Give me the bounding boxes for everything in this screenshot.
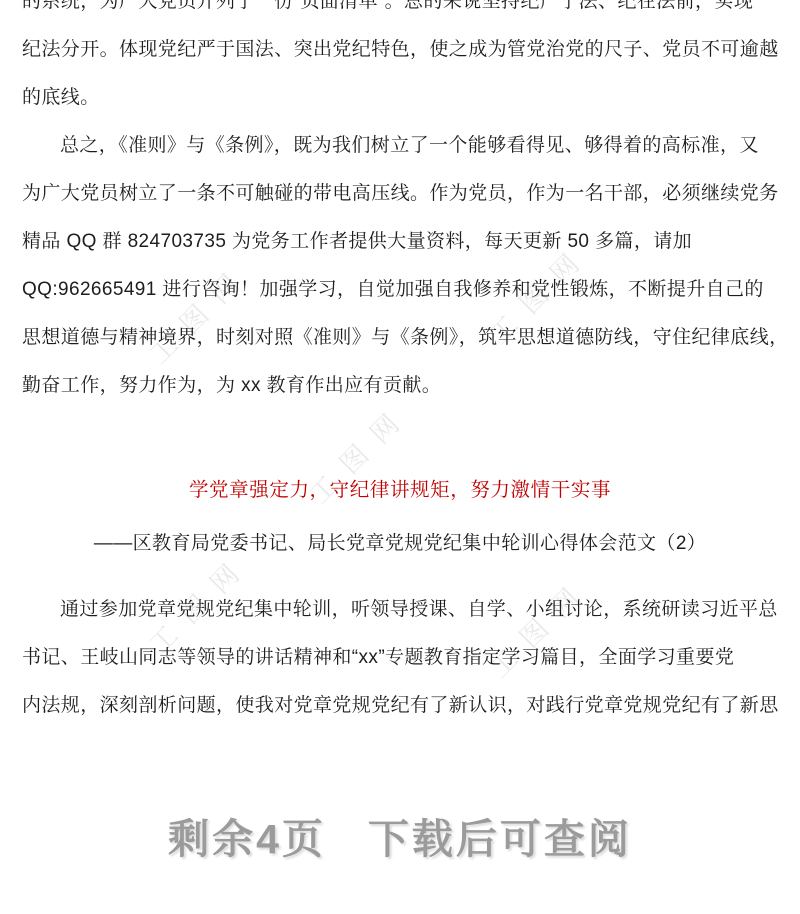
doc-line: 思想道德与精神境界，时刻对照《准则》与《条例》，筑牢思想道德防线，守住纪律底线，: [22, 314, 778, 362]
doc-line: 通过参加党章党规党纪集中轮训，听领导授课、自学、小组讨论，系统研读习近平总: [22, 586, 778, 634]
doc-line: 内法规，深刻剖析问题，使我对党章党规党纪有了新认识，对践行党章党规党纪有了新思: [22, 682, 778, 730]
doc-line: 勤奋工作，努力作为，为 xx 教育作出应有贡献。: [22, 362, 778, 410]
doc-line: QQ:962665491 进行咨询！加强学习，自觉加强自我修养和党性锻炼，不断提…: [22, 266, 778, 314]
doc-line: 的底线。: [22, 74, 778, 122]
doc-line: 精品 QQ 群 824703735 为党务工作者提供大量资料，每天更新 50 多…: [22, 218, 778, 266]
pages-remaining-banner: 剩余4页下载后可查阅: [22, 806, 778, 865]
download-hint-text: 下载后可查阅: [368, 816, 632, 862]
pages-remaining-text: 剩余4页: [168, 816, 326, 862]
document-body: 的系统，为广大党员开列了一份“负面清单”。总的来说坚持纪严于法、纪在法前，实现 …: [22, 0, 778, 865]
doc-line: 的系统，为广大党员开列了一份“负面清单”。总的来说坚持纪严于法、纪在法前，实现: [22, 0, 778, 26]
section-title: 学党章强定力，守纪律讲规矩，努力激情干实事: [22, 466, 778, 514]
doc-line: 为广大党员树立了一条不可触碰的带电高压线。作为党员，作为一名干部，必须继续党务: [22, 170, 778, 218]
doc-line: 书记、王岐山同志等领导的讲话精神和“xx”专题教育指定学习篇目，全面学习重要党: [22, 634, 778, 682]
paragraph: 通过参加党章党规党纪集中轮训，听领导授课、自学、小组讨论，系统研读习近平总 书记…: [22, 586, 778, 730]
document-page: 工图网 工图网 工图网 工图网 工图网 的系统，为广大党员开列了一份“负面清单”…: [0, 0, 800, 914]
section-subtitle: ——区教育局党委书记、局长党章党规党纪集中轮训心得体会范文（2）: [22, 520, 778, 568]
doc-line: 纪法分开。体现党纪严于国法、突出党纪特色，使之成为管党治党的尺子、党员不可逾越: [22, 26, 778, 74]
doc-line: 总之，《准则》与《条例》，既为我们树立了一个能够看得见、够得着的高标准，又: [22, 122, 778, 170]
